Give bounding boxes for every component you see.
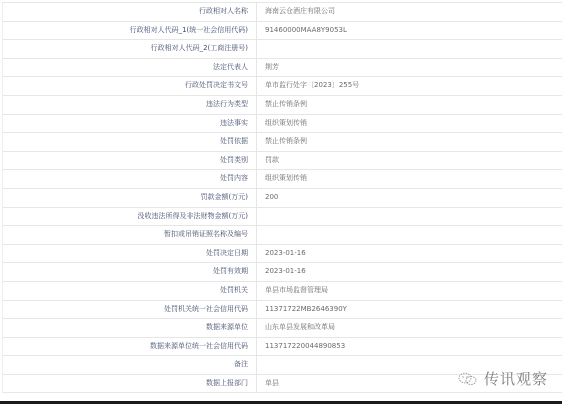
value-license-revocation xyxy=(257,226,562,244)
label-legal-representative: 法定代表人 xyxy=(3,59,257,77)
label-credit-code: 行政相对人代码_1(统一社会信用代码) xyxy=(3,22,257,40)
row-penalty-authority: 处罚机关 单县市场监督管理局 xyxy=(3,282,562,301)
row-decision-doc-number: 行政处罚决定书文号 单市监行处字〔2023〕255号 xyxy=(3,77,562,96)
label-license-revocation: 暂扣或吊销证照名称及编号 xyxy=(3,226,257,244)
row-legal-representative: 法定代表人 荆芳 xyxy=(3,59,562,78)
label-penalty-category: 处罚类别 xyxy=(3,152,257,170)
label-confiscation-amount: 没收违法所得及非法财物金额(万元) xyxy=(3,208,257,226)
value-violation-type: 禁止传销条例 xyxy=(257,96,562,114)
row-penalty-category: 处罚类别 罚款 xyxy=(3,152,562,171)
value-credit-code: 91460000MAA8Y9053L xyxy=(257,22,562,40)
row-penalty-content: 处罚内容 组织策划传销 xyxy=(3,170,562,189)
row-authority-credit-code: 处罚机关统一社会信用代码 11371722MB2646390Y xyxy=(3,301,562,320)
value-registration-number xyxy=(257,40,562,58)
label-reporting-department: 数据上报部门 xyxy=(3,375,257,393)
label-validity-period: 处罚有效期 xyxy=(3,263,257,281)
value-violation-facts: 组织策划传销 xyxy=(257,115,562,133)
value-party-name: 海南云仓酒庄有限公司 xyxy=(257,3,562,21)
value-data-source: 山东单县发展和改革局 xyxy=(257,319,562,337)
label-remarks: 备注 xyxy=(3,356,257,374)
wechat-icon xyxy=(458,372,478,386)
value-validity-period: 2023-01-16 xyxy=(257,263,562,281)
value-confiscation-amount xyxy=(257,208,562,226)
row-penalty-basis: 处罚依据 禁止传销条例 xyxy=(3,133,562,152)
label-violation-type: 违法行为类型 xyxy=(3,96,257,114)
row-violation-facts: 违法事实 组织策划传销 xyxy=(3,115,562,134)
row-fine-amount: 罚款金额(万元) 200 xyxy=(3,189,562,208)
label-penalty-basis: 处罚依据 xyxy=(3,133,257,151)
label-fine-amount: 罚款金额(万元) xyxy=(3,189,257,207)
label-decision-date: 处罚决定日期 xyxy=(3,245,257,263)
label-penalty-content: 处罚内容 xyxy=(3,170,257,188)
row-data-source: 数据来源单位 山东单县发展和改革局 xyxy=(3,319,562,338)
row-license-revocation: 暂扣或吊销证照名称及编号 xyxy=(3,226,562,245)
value-legal-representative: 荆芳 xyxy=(257,59,562,77)
label-decision-doc-number: 行政处罚决定书文号 xyxy=(3,77,257,95)
label-data-source-credit-code: 数据来源单位统一社会信用代码 xyxy=(3,338,257,356)
label-penalty-authority: 处罚机关 xyxy=(3,282,257,300)
label-registration-number: 行政相对人代码_2(工商注册号) xyxy=(3,40,257,58)
row-validity-period: 处罚有效期 2023-01-16 xyxy=(3,263,562,282)
value-penalty-authority: 单县市场监督管理局 xyxy=(257,282,562,300)
value-authority-credit-code: 11371722MB2646390Y xyxy=(257,301,562,319)
row-confiscation-amount: 没收违法所得及非法财物金额(万元) xyxy=(3,208,562,227)
watermark: 传讯观察 xyxy=(458,368,548,389)
row-decision-date: 处罚决定日期 2023-01-16 xyxy=(3,245,562,264)
row-party-name: 行政相对人名称 海南云仓酒庄有限公司 xyxy=(3,3,562,22)
value-decision-doc-number: 单市监行处字〔2023〕255号 xyxy=(257,77,562,95)
value-penalty-basis: 禁止传销条例 xyxy=(257,133,562,151)
label-party-name: 行政相对人名称 xyxy=(3,3,257,21)
value-fine-amount: 200 xyxy=(257,189,562,207)
value-penalty-content: 组织策划传销 xyxy=(257,170,562,188)
label-authority-credit-code: 处罚机关统一社会信用代码 xyxy=(3,301,257,319)
row-violation-type: 违法行为类型 禁止传销条例 xyxy=(3,96,562,115)
row-registration-number: 行政相对人代码_2(工商注册号) xyxy=(3,40,562,59)
value-decision-date: 2023-01-16 xyxy=(257,245,562,263)
row-credit-code: 行政相对人代码_1(统一社会信用代码) 91460000MAA8Y9053L xyxy=(3,22,562,41)
value-penalty-category: 罚款 xyxy=(257,152,562,170)
watermark-text: 传讯观察 xyxy=(484,368,548,389)
row-data-source-credit-code: 数据来源单位统一社会信用代码 113717220044890853 xyxy=(3,338,562,357)
penalty-record-table: 行政相对人名称 海南云仓酒庄有限公司 行政相对人代码_1(统一社会信用代码) 9… xyxy=(2,2,562,393)
label-data-source: 数据来源单位 xyxy=(3,319,257,337)
value-data-source-credit-code: 113717220044890853 xyxy=(257,338,562,356)
label-violation-facts: 违法事实 xyxy=(3,115,257,133)
